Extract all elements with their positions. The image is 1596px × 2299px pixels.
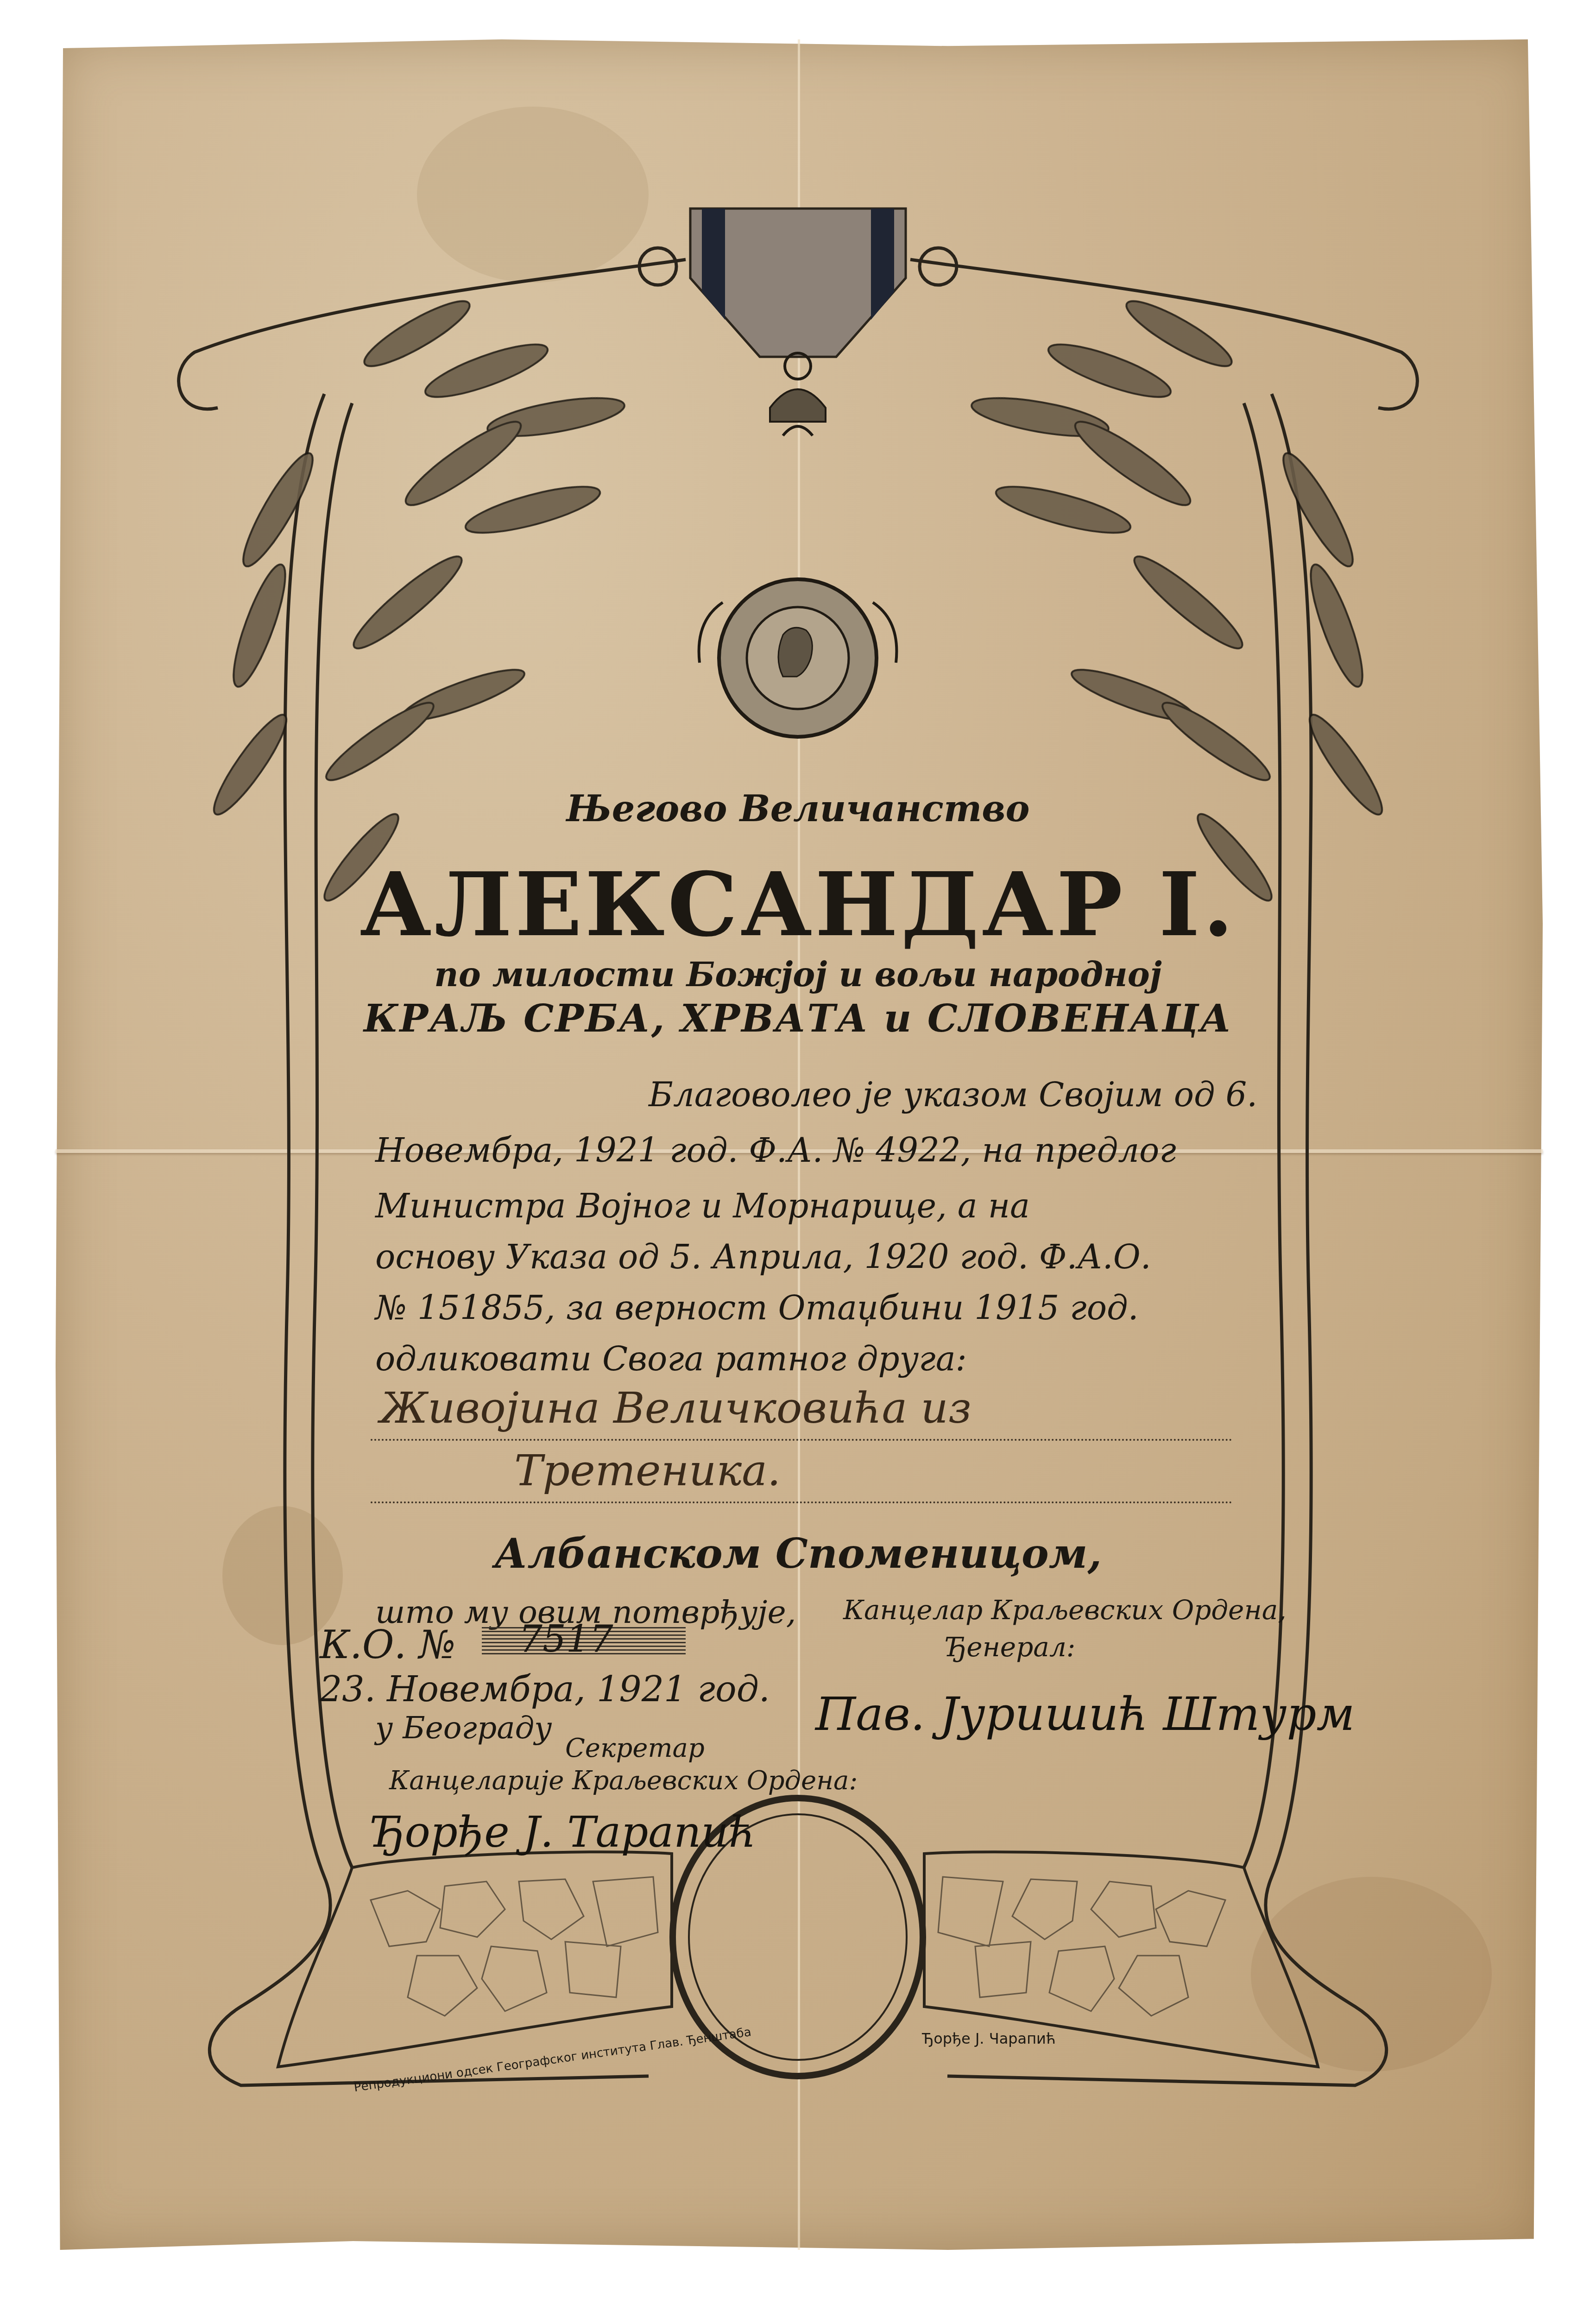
issue-place: у Београду [375,1710,552,1746]
medal-body [699,353,897,737]
body-line: одликовати Свога ратног друга: [375,1339,967,1378]
monarch-name: АЛЕКСАНДАР I. [0,853,1596,956]
fill-line [371,1501,1232,1503]
body-line: Министра Војног и Морнарице, а на [375,1186,1030,1225]
body-line: Новембра, 1921 год. Ф.А. № 4922, на пред… [375,1131,1176,1170]
recipient-place: Третеника. [514,1446,781,1495]
honorific: Његово Величанство [0,788,1596,830]
kingdom-title: КРАЉ СРБА, ХРВАТА и СЛОВЕНАЦА [0,996,1596,1041]
secretary-title: Секретар [565,1733,705,1763]
designer-imprint: Ђорђе Ј. Чарапић [922,2030,1056,2047]
secretary-signature: Ђорђе Ј. Тарапић [371,1807,756,1857]
chancellor-rank: Ђенерал: [945,1631,1075,1663]
medal-ribbon [690,209,906,357]
by-grace-line: по милости Божјој и вољи народној [0,955,1596,994]
chancellor-signature: Пав. Јуришић Штурм [815,1687,1355,1741]
decoration-name: Албанском Споменицом, [0,1529,1596,1577]
secretary-office: Канцеларије Краљевских Ордена: [389,1766,858,1796]
chancellor-title: Канцелар Краљевских Ордена, [843,1594,1287,1626]
registry-number: 7517 [519,1617,613,1660]
body-line: основу Указа од 5. Априла, 1920 год. Ф.А… [375,1237,1151,1276]
fill-line [371,1439,1232,1441]
registry-label: К.О. № [320,1622,455,1667]
issue-date: 23. Новембра, 1921 год. [320,1668,770,1710]
recipient-name: Живојина Величковића из [380,1383,971,1433]
body-line: Благоволео је указом Својим од 6. [649,1075,1257,1114]
body-line: № 151855, за верност Отаџбини 1915 год. [375,1288,1139,1327]
